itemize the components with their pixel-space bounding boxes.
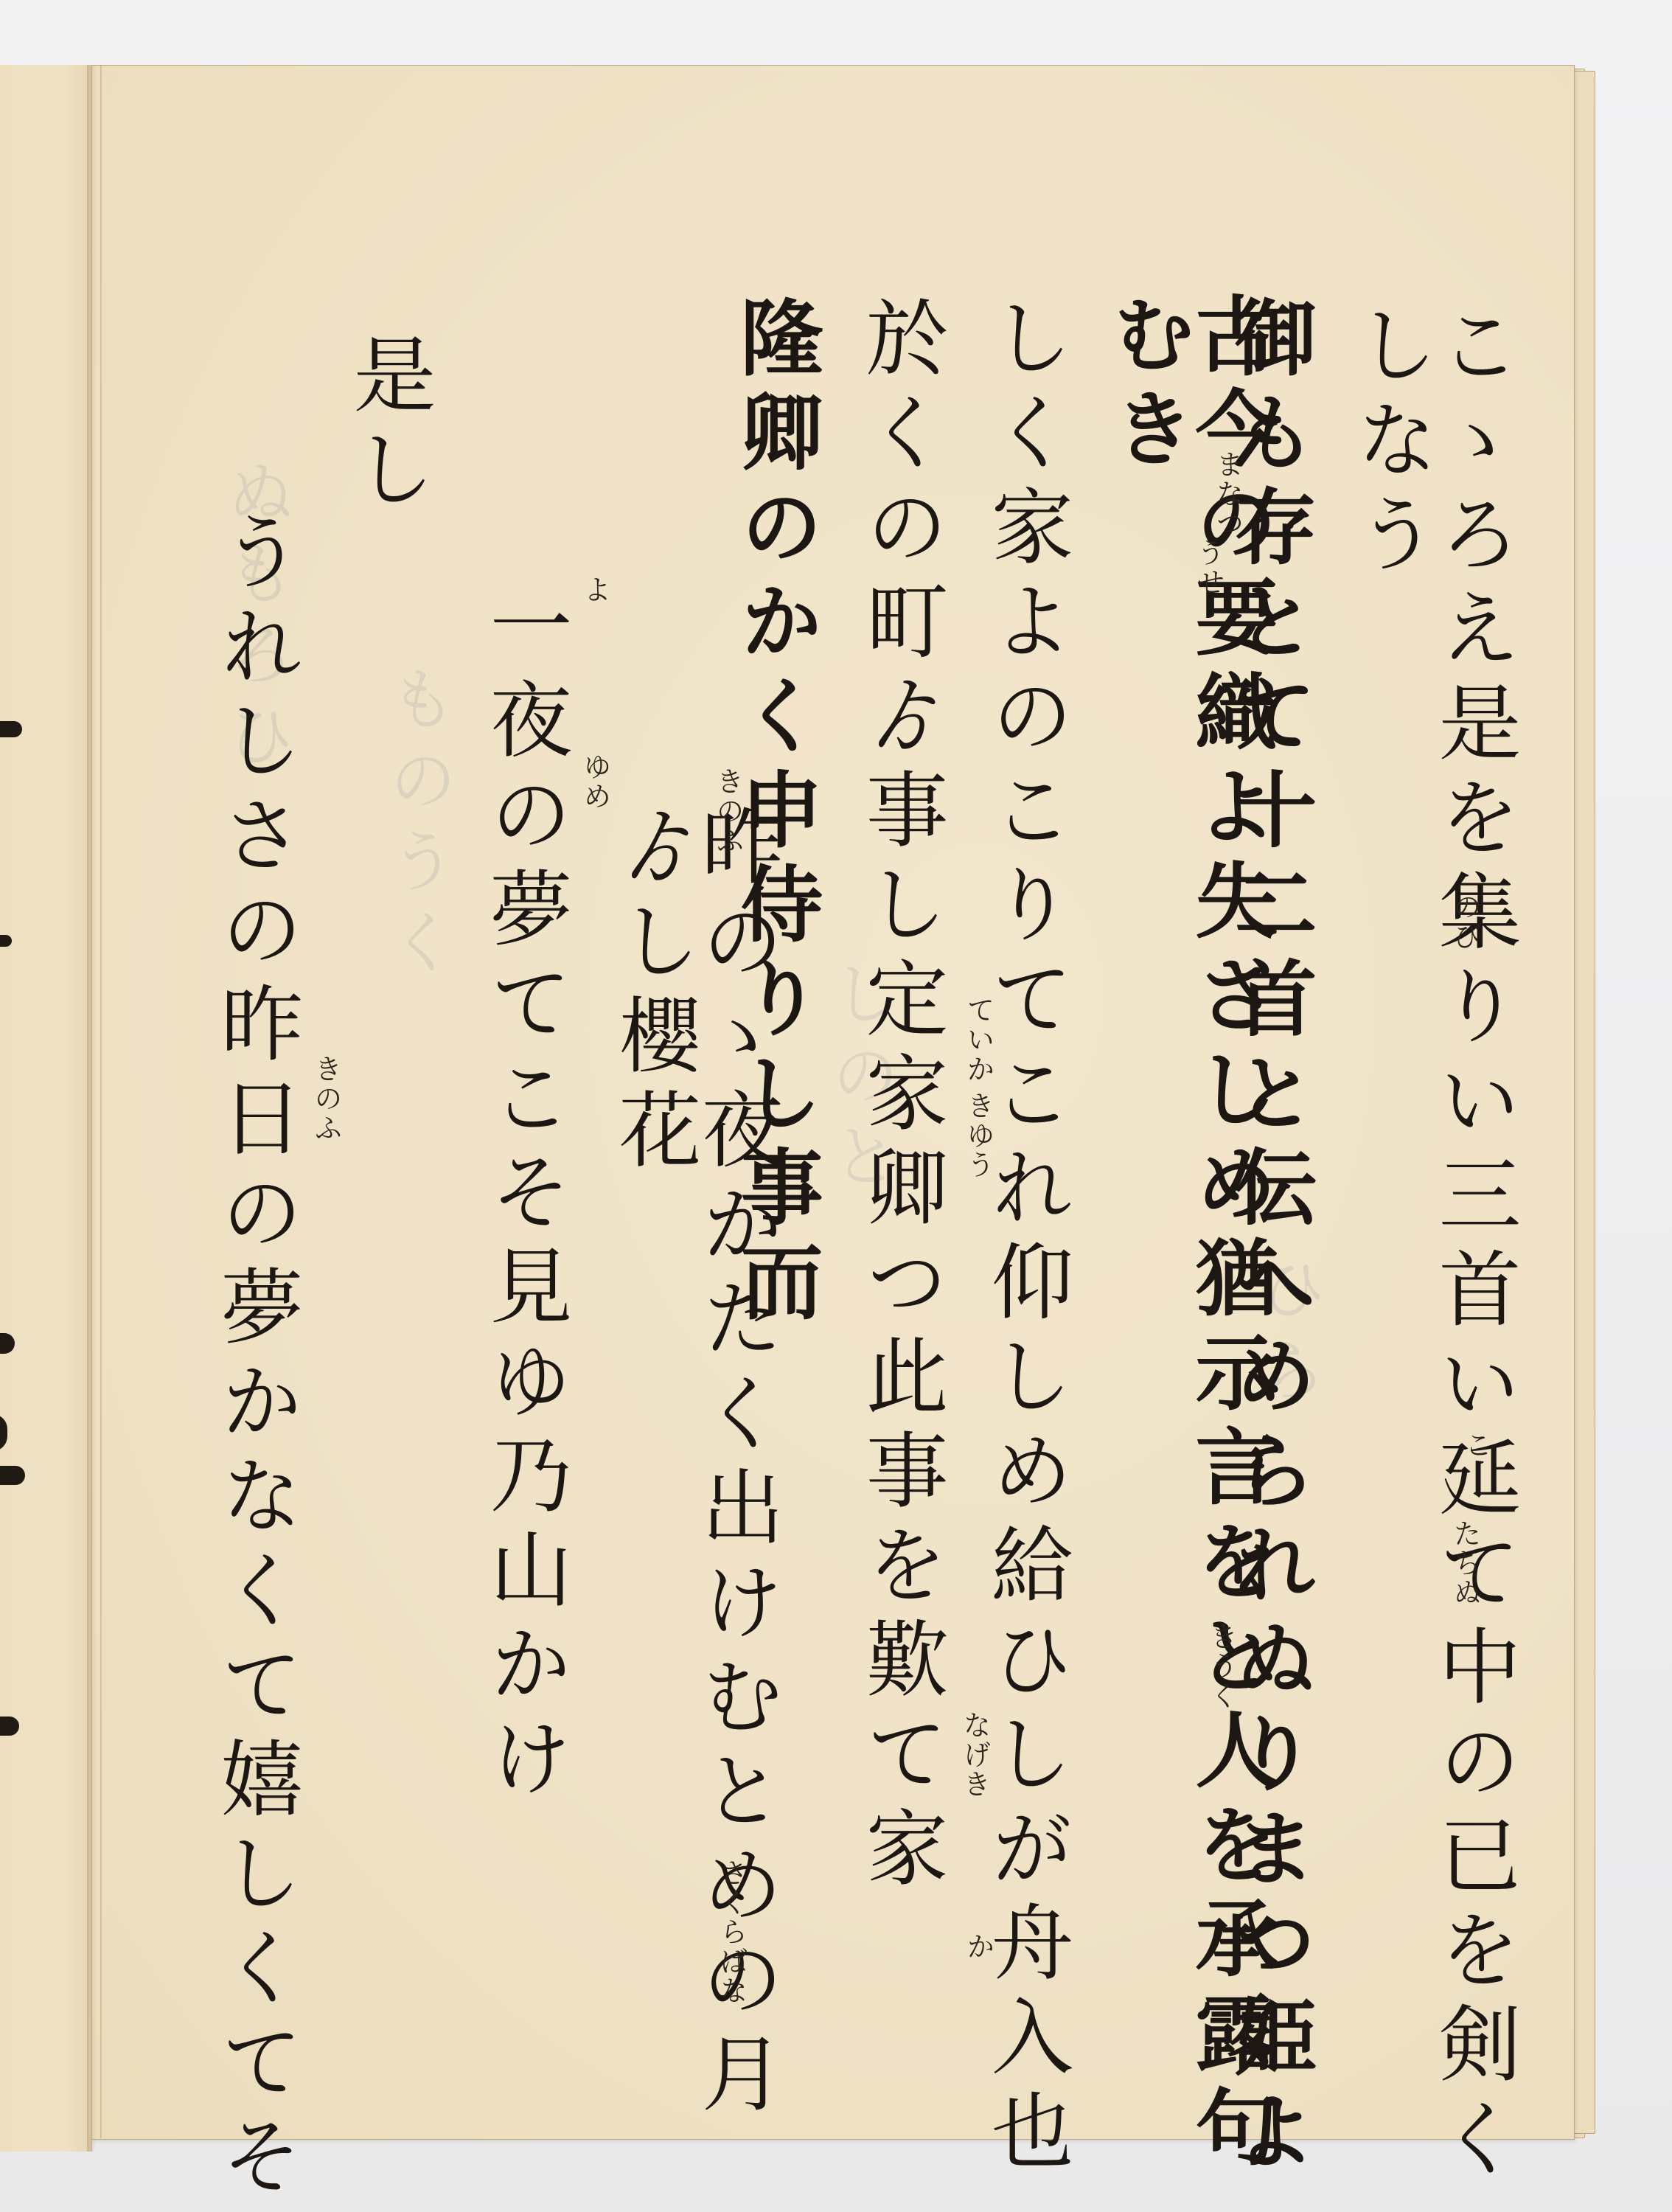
ruby-gloss: きうく <box>1202 1622 1242 1711</box>
ink-fragment <box>0 1466 25 1485</box>
ruby-gloss: きのふ <box>306 1054 346 1143</box>
column-text: 昨のゝ夜かたく出けむとめの月ゟし櫻花 <box>605 804 784 2125</box>
ruby-gloss: たちぬ <box>1445 1519 1485 1607</box>
column-text: 於くの町ゟ事し定家卿つ此事を歎て家 <box>852 295 948 1899</box>
column-text: こゝろえ是を集りい三首い延て中の已を剣くしなう <box>1342 302 1521 2190</box>
ruby-gloss: さくらばな <box>711 1858 752 2006</box>
ruby-gloss: のび <box>1445 892 1485 951</box>
ink-fragment <box>0 1414 7 1451</box>
binding-crease <box>100 65 102 2138</box>
ruby-gloss: ていか <box>958 995 999 1084</box>
ruby-gloss: きのふ <box>708 767 748 855</box>
ink-fragment <box>0 1333 15 1354</box>
ruby-gloss: よ <box>575 575 616 605</box>
column-text: しく家よのこりてこれ仰しめ給ひしが舟入也 <box>978 295 1073 2183</box>
text-column-9: 是し <box>346 332 429 521</box>
show-through: ものうく <box>383 664 451 988</box>
text-column-10: うれしさの昨日の夢かなくて嬉しくてそ <box>214 509 296 2208</box>
ink-fragment <box>0 1717 19 1736</box>
ink-fragment <box>0 721 22 737</box>
ruby-gloss: うせ <box>1188 538 1229 597</box>
ruby-gloss: きゆう <box>958 1091 999 1180</box>
left-page <box>0 65 92 2152</box>
text-column-8: 一夜の夢てこそ見ゆ乃山かけ <box>483 582 565 1809</box>
text-column-1: こゝろえ是を集りい三首い延て中の已を剣くしなう <box>1349 302 1514 2212</box>
column-text: うれしさの昨日の夢かなくて嬉しくてそ <box>207 509 303 2208</box>
ruby-gloss: ゆめ <box>575 752 616 811</box>
text-column-5: 於くの町ゟ事し定家卿つ此事を歎て家 <box>859 295 941 1899</box>
ruby-gloss: まなつ <box>1208 450 1248 538</box>
text-column-4: しく家よのこりてこれ仰しめ給ひしが舟入也 <box>984 295 1067 2183</box>
ink-fragment <box>0 935 12 947</box>
column-text: 是し <box>340 332 436 521</box>
gutter-shadow <box>87 65 96 2152</box>
ruby-gloss: こ <box>1456 1430 1497 1460</box>
ruby-gloss: か <box>958 1932 999 1961</box>
text-column-7: 昨のゝ夜かたく出けむとめの月ゟし櫻花 <box>612 804 777 2212</box>
ruby-gloss: なげき <box>955 1711 995 1799</box>
column-text: 一夜の夢てこそ見ゆ乃山かけ <box>476 582 572 1809</box>
